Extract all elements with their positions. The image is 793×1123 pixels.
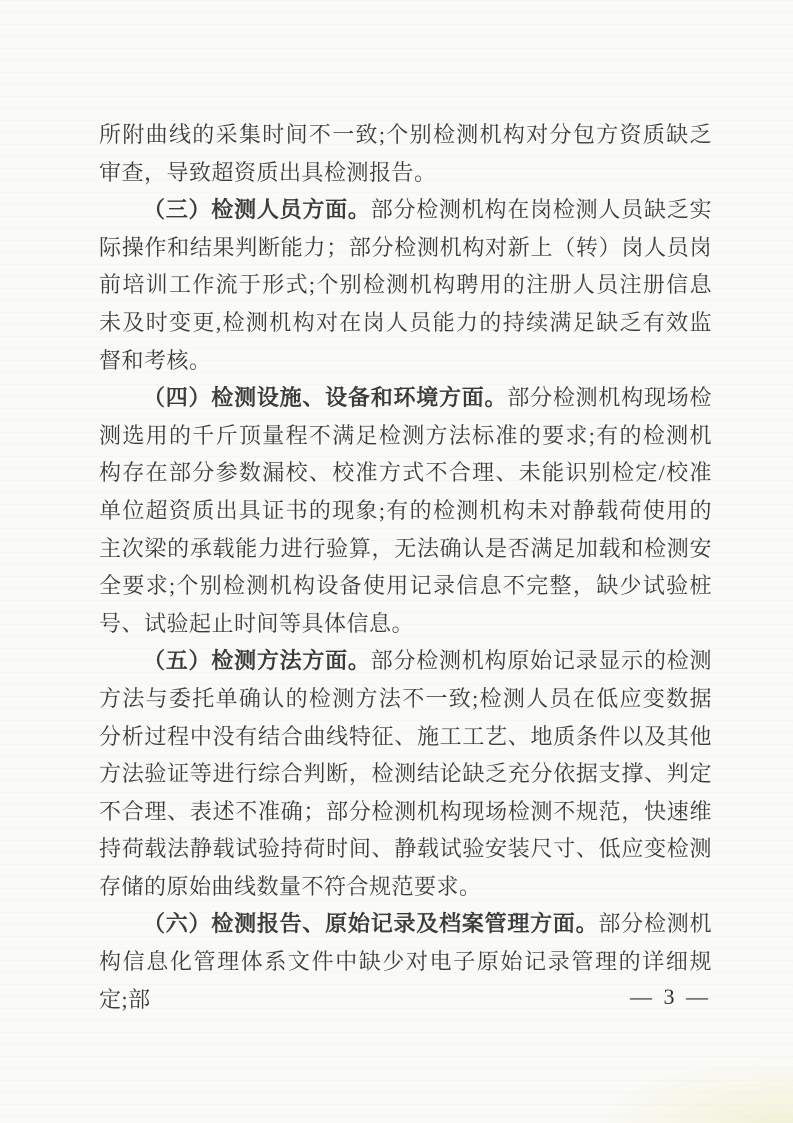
text-segment: 部分检测机构现场检测选用的千斤顶量程不满足检测方法标准的要求;有的检测机构存在部… (99, 385, 712, 636)
paragraph: 所附曲线的采集时间不一致;个别检测机构对分包方资质缺乏审查，导致超资质出具检测报… (99, 116, 712, 191)
section-heading: （六）检测报告、原始记录及档案管理方面。 (143, 911, 598, 936)
text-segment: 所附曲线的采集时间不一致;个别检测机构对分包方资质缺乏审查，导致超资质出具检测报… (99, 122, 712, 185)
paragraph: （四）检测设施、设备和环境方面。部分检测机构现场检测选用的千斤顶量程不满足检测方… (99, 379, 712, 642)
document-page: 所附曲线的采集时间不一致;个别检测机构对分包方资质缺乏审查，导致超资质出具检测报… (99, 116, 712, 1018)
section-heading: （四）检测设施、设备和环境方面。 (143, 385, 507, 410)
scanned-document-page: { "document": { "paragraphs": [ { "inden… (0, 0, 793, 1123)
page-number: — 3 — (630, 984, 711, 1009)
page-footer: — 3 — (0, 984, 711, 1010)
section-heading: （五）检测方法方面。 (143, 648, 371, 673)
paragraph: （三）检测人员方面。部分检测机构在岗检测人员缺乏实际操作和结果判断能力；部分检测… (99, 191, 712, 379)
paragraph: （五）检测方法方面。部分检测机构原始记录显示的检测方法与委托单确认的检测方法不一… (99, 642, 712, 905)
text-segment: 部分检测机构原始记录显示的检测方法与委托单确认的检测方法不一致;检测人员在低应变… (99, 648, 712, 899)
text-segment: 部分检测机构在岗检测人员缺乏实际操作和结果判断能力；部分检测机构对新上（转）岗人… (99, 197, 712, 372)
section-heading: （三）检测人员方面。 (143, 197, 371, 222)
document-body: 所附曲线的采集时间不一致;个别检测机构对分包方资质缺乏审查，导致超资质出具检测报… (99, 116, 712, 1018)
